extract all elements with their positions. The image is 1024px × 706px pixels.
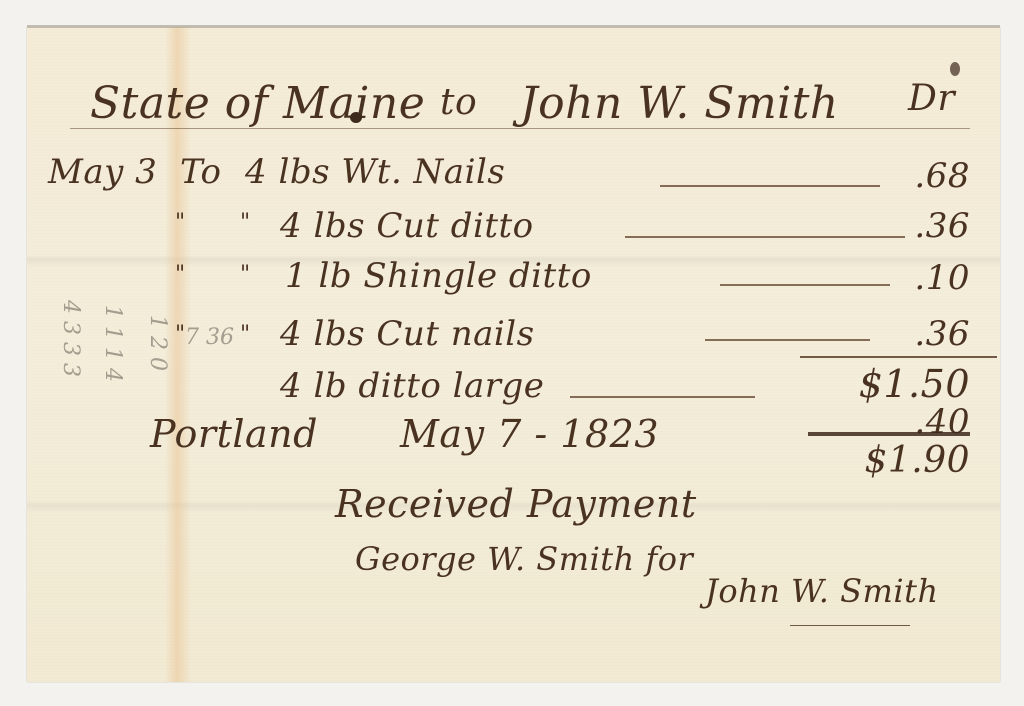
pencil-note: 4 3 3 3 (58, 300, 83, 377)
line-item-prefix: " (240, 322, 251, 347)
pencil-note: 7 36 (185, 325, 234, 350)
subtotal-amount: $1.50 (790, 362, 970, 406)
signature-flourish (790, 625, 910, 626)
ink-blot (950, 62, 960, 76)
receipt-agent: George W. Smith for (355, 540, 693, 578)
line-item-description: 4 lb ditto large (280, 366, 544, 406)
line-item-date: May 3 (48, 152, 157, 192)
heading-payer: State of Maine (90, 78, 425, 129)
torn-top-edge (27, 25, 1000, 28)
line-item-date: " (175, 210, 186, 235)
signature: John W. Smith (705, 572, 939, 610)
sum-rule (800, 356, 997, 358)
leader-line (570, 396, 755, 398)
place: Portland (150, 412, 318, 456)
total-rule (808, 432, 970, 436)
line-item-date: " (175, 262, 186, 287)
line-item-description: 4 lbs Cut nails (280, 314, 535, 354)
receipt-text: Received Payment (335, 482, 697, 526)
leader-line (720, 284, 890, 286)
leader-line (660, 185, 880, 187)
line-item-amount: .10 (900, 258, 970, 298)
heading-abbrev: Dr (908, 78, 955, 119)
leader-line (625, 236, 905, 238)
line-item-amount: .36 (900, 206, 970, 246)
line-item-amount: .36 (900, 314, 970, 354)
line-item-description: 1 lb Shingle ditto (285, 256, 592, 296)
additional-amount: .40 (880, 402, 970, 442)
date: May 7 - 1823 (400, 412, 659, 456)
line-item-prefix: " (240, 210, 251, 235)
line-item-description: 4 lbs Wt. Nails (245, 152, 505, 192)
heading-connector: to (440, 82, 477, 123)
line-item-amount: .68 (900, 156, 970, 196)
heading-underline (70, 128, 970, 129)
pencil-note: 1 2 0 (145, 315, 170, 371)
line-item-prefix: " (240, 262, 251, 287)
pencil-note: 1 1 1 4 (100, 305, 125, 382)
ink-blot (350, 112, 362, 123)
heading-payee: John W. Smith (520, 78, 839, 129)
line-item-prefix: To (180, 152, 222, 192)
total-amount: $1.90 (790, 440, 970, 481)
leader-line (705, 339, 870, 341)
line-item-description: 4 lbs Cut ditto (280, 206, 534, 246)
